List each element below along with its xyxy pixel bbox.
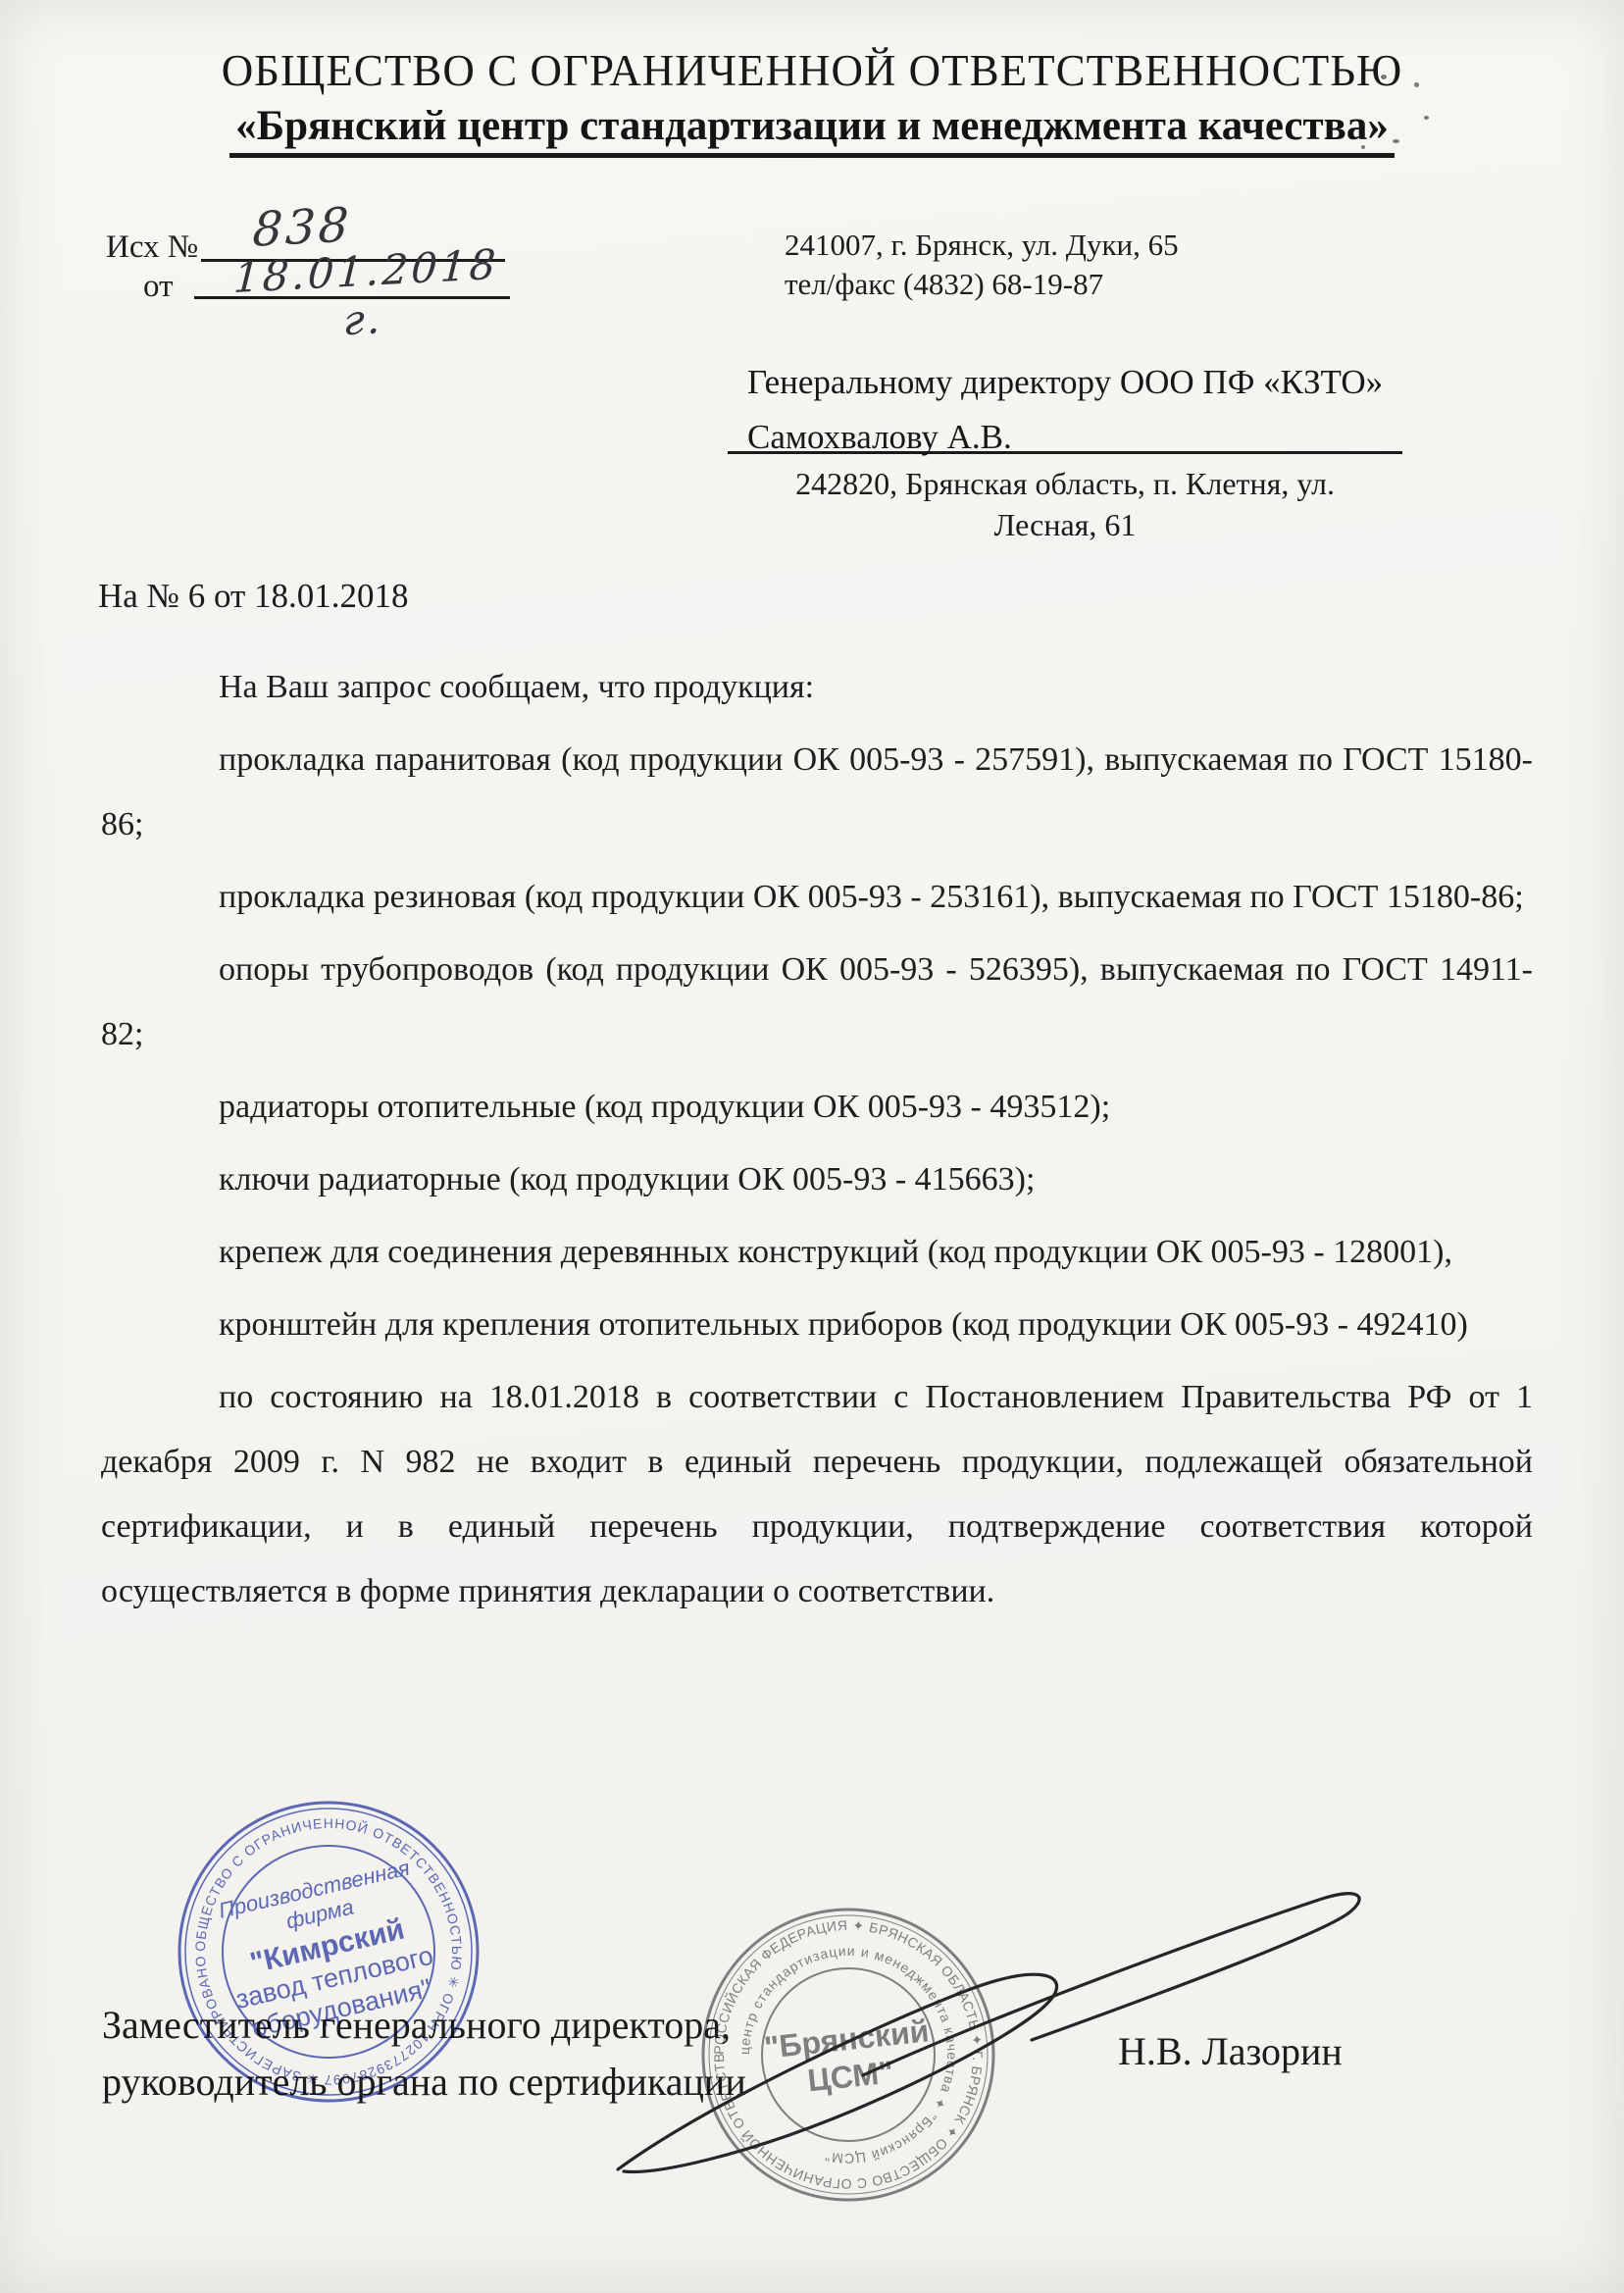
org-name-heading: «Брянский центр стандартизации и менеджм… [0,102,1624,158]
product-item: радиаторы отопительные (код продукции ОК… [101,1075,1533,1140]
ink-speck [1361,145,1365,149]
ink-speck [1414,82,1419,87]
handwritten-signature [549,1854,1432,2217]
body-conclusion: по состоянию на 18.01.2018 в соответстви… [101,1365,1533,1624]
org-type-heading: ОБЩЕСТВО С ОГРАНИЧЕННОЙ ОТВЕТСТВЕННОСТЬЮ [0,45,1624,96]
reference-line: На № 6 от 18.01.2018 [98,577,409,616]
date-line [194,296,510,299]
sender-address-line2: тел/факс (4832) 68-19-87 [785,265,1179,304]
recipient-address-line1: 242820, Брянская область, п. Клетня, ул. [728,463,1402,504]
date-handwritten: 18.01.2018 г. [206,238,525,351]
org-name-text: «Брянский центр стандартизации и менеджм… [229,102,1395,158]
signature-tail [863,1894,1359,2075]
recipient-address: 242820, Брянская область, п. Клетня, ул.… [728,463,1402,545]
letter-body: На Ваш запрос сообщаем, что продукция: п… [101,655,1533,1632]
stamp-texts: ОБЩЕСТВО С ОГРАНИЧЕННОЙ ОТВЕТСТВЕННОСТЬЮ… [172,1795,465,2088]
product-item: прокладка паранитовая (код продукции ОК … [101,728,1533,857]
product-item: опоры трубопроводов (код продукции ОК 00… [101,938,1533,1067]
kimry-factory-round-stamp: ОБЩЕСТВО С ОГРАНИЧЕННОЙ ОТВЕТСТВЕННОСТЬЮ… [172,1795,485,2109]
date-label: от [143,269,174,305]
body-intro: На Ваш запрос сообщаем, что продукция: [101,655,1533,720]
recipient-address-line2: Лесная, 61 [728,504,1402,545]
product-item: кронштейн для крепления отопительных при… [101,1293,1533,1357]
signature-loop [618,1974,1057,2171]
recipient-line2: Самохвалову А.В. [747,410,1414,465]
product-item: прокладка резиновая (код продукции ОК 00… [101,865,1533,930]
recipient-line1: Генеральному директору ООО ПФ «КЗТО» [747,355,1414,410]
scanned-letter-page: ОБЩЕСТВО С ОГРАНИЧЕННОЙ ОТВЕТСТВЕННОСТЬЮ… [0,0,1624,2293]
ink-speck [1424,116,1429,120]
ink-speck [1393,139,1399,143]
recipient-divider-line [728,451,1402,454]
product-item: ключи радиаторные (код продукции ОК 005-… [101,1147,1533,1212]
outgoing-number-label: Исх № [106,229,198,266]
product-item: крепеж для соединения деревянных констру… [101,1220,1533,1285]
sender-address: 241007, г. Брянск, ул. Дуки, 65 тел/факс… [785,226,1179,304]
ink-speck [1381,75,1387,79]
recipient-block: Генеральному директору ООО ПФ «КЗТО» Сам… [747,355,1414,465]
sender-address-line1: 241007, г. Брянск, ул. Дуки, 65 [785,226,1179,265]
